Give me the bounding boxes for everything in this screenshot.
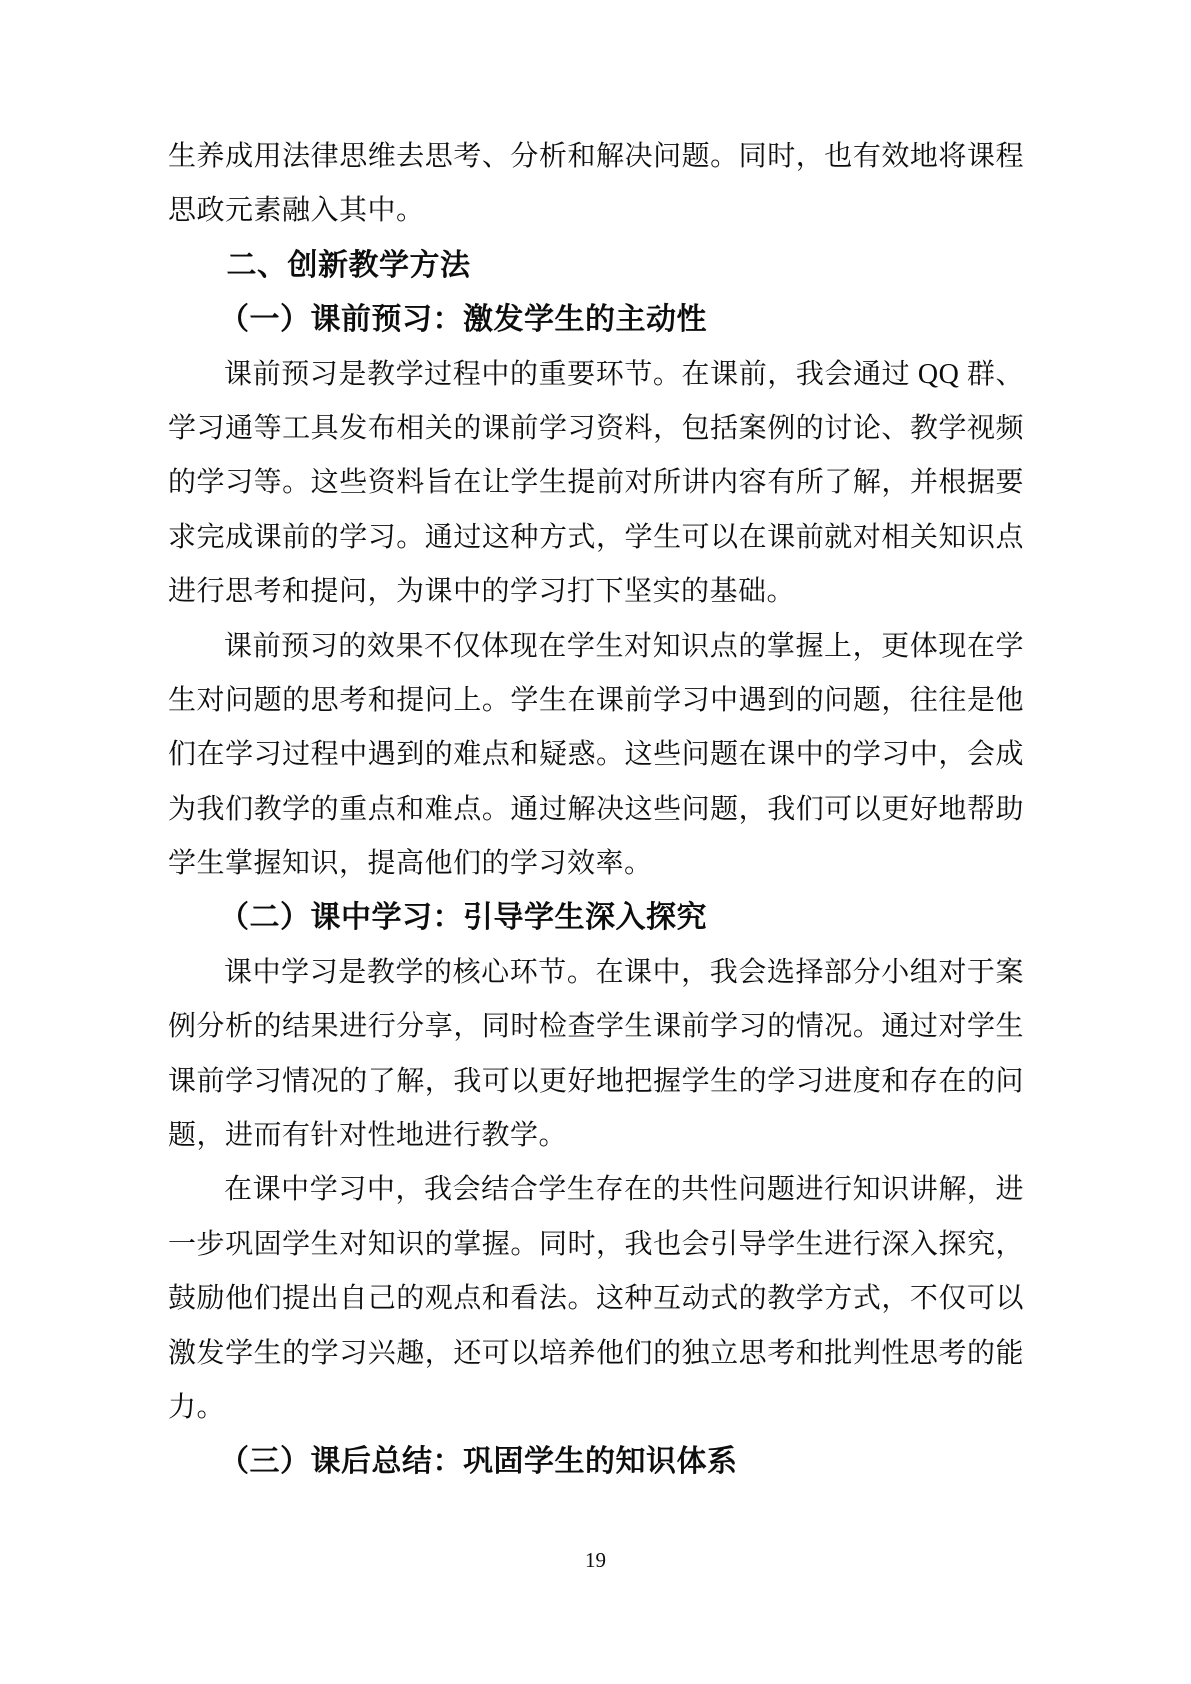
text-line: 课前预习是教学过程中的重要环节。在课前，我会通过 QQ 群、 bbox=[168, 348, 1024, 402]
section-heading: （二）课中学习：引导学生深入探究 bbox=[168, 891, 1024, 945]
text-line: 课前预习的效果不仅体现在学生对知识点的掌握上，更体现在学 bbox=[168, 620, 1024, 674]
text-line: 生养成用法律思维去思考、分析和解决问题。同时，也有效地将课程 bbox=[168, 130, 1024, 184]
section-heading: （三）课后总结：巩固学生的知识体系 bbox=[168, 1435, 1024, 1489]
text-line: 学习通等工具发布相关的课前学习资料，包括案例的讨论、教学视频 bbox=[168, 402, 1024, 456]
text-line: 激发学生的学习兴趣，还可以培养他们的独立思考和批判性思考的能 bbox=[168, 1327, 1024, 1381]
text-line: 一步巩固学生对知识的掌握。同时，我也会引导学生进行深入探究， bbox=[168, 1218, 1024, 1272]
text-line: 在课中学习中，我会结合学生存在的共性问题进行知识讲解，进 bbox=[168, 1163, 1024, 1217]
text-line: 鼓励他们提出自己的观点和看法。这种互动式的教学方式，不仅可以 bbox=[168, 1272, 1024, 1326]
text-line: 例分析的结果进行分享，同时检查学生课前学习的情况。通过对学生 bbox=[168, 1000, 1024, 1054]
text-line: 学生掌握知识，提高他们的学习效率。 bbox=[168, 837, 1024, 891]
section-heading: （一）课前预习：激发学生的主动性 bbox=[168, 293, 1024, 347]
text-line: 课中学习是教学的核心环节。在课中，我会选择部分小组对于案 bbox=[168, 946, 1024, 1000]
text-line: 课前学习情况的了解，我可以更好地把握学生的学习进度和存在的问 bbox=[168, 1055, 1024, 1109]
page-number: 19 bbox=[0, 1548, 1191, 1573]
text-line: 为我们教学的重点和难点。通过解决这些问题，我们可以更好地帮助 bbox=[168, 783, 1024, 837]
text-line: 求完成课前的学习。通过这种方式，学生可以在课前就对相关知识点 bbox=[168, 511, 1024, 565]
text-line: 思政元素融入其中。 bbox=[168, 184, 1024, 238]
document-page: 生养成用法律思维去思考、分析和解决问题。同时，也有效地将课程 思政元素融入其中。… bbox=[0, 0, 1191, 1684]
text-line: 生对问题的思考和提问上。学生在课前学习中遇到的问题，往往是他 bbox=[168, 674, 1024, 728]
text-line: 力。 bbox=[168, 1381, 1024, 1435]
text-line: 进行思考和提问，为课中的学习打下坚实的基础。 bbox=[168, 565, 1024, 619]
text-line: 的学习等。这些资料旨在让学生提前对所讲内容有所了解，并根据要 bbox=[168, 456, 1024, 510]
section-heading: 二、创新教学方法 bbox=[168, 239, 1024, 293]
text-line: 题，进而有针对性地进行教学。 bbox=[168, 1109, 1024, 1163]
text-line: 们在学习过程中遇到的难点和疑惑。这些问题在课中的学习中，会成 bbox=[168, 728, 1024, 782]
document-body: 生养成用法律思维去思考、分析和解决问题。同时，也有效地将课程 思政元素融入其中。… bbox=[168, 130, 1024, 1490]
